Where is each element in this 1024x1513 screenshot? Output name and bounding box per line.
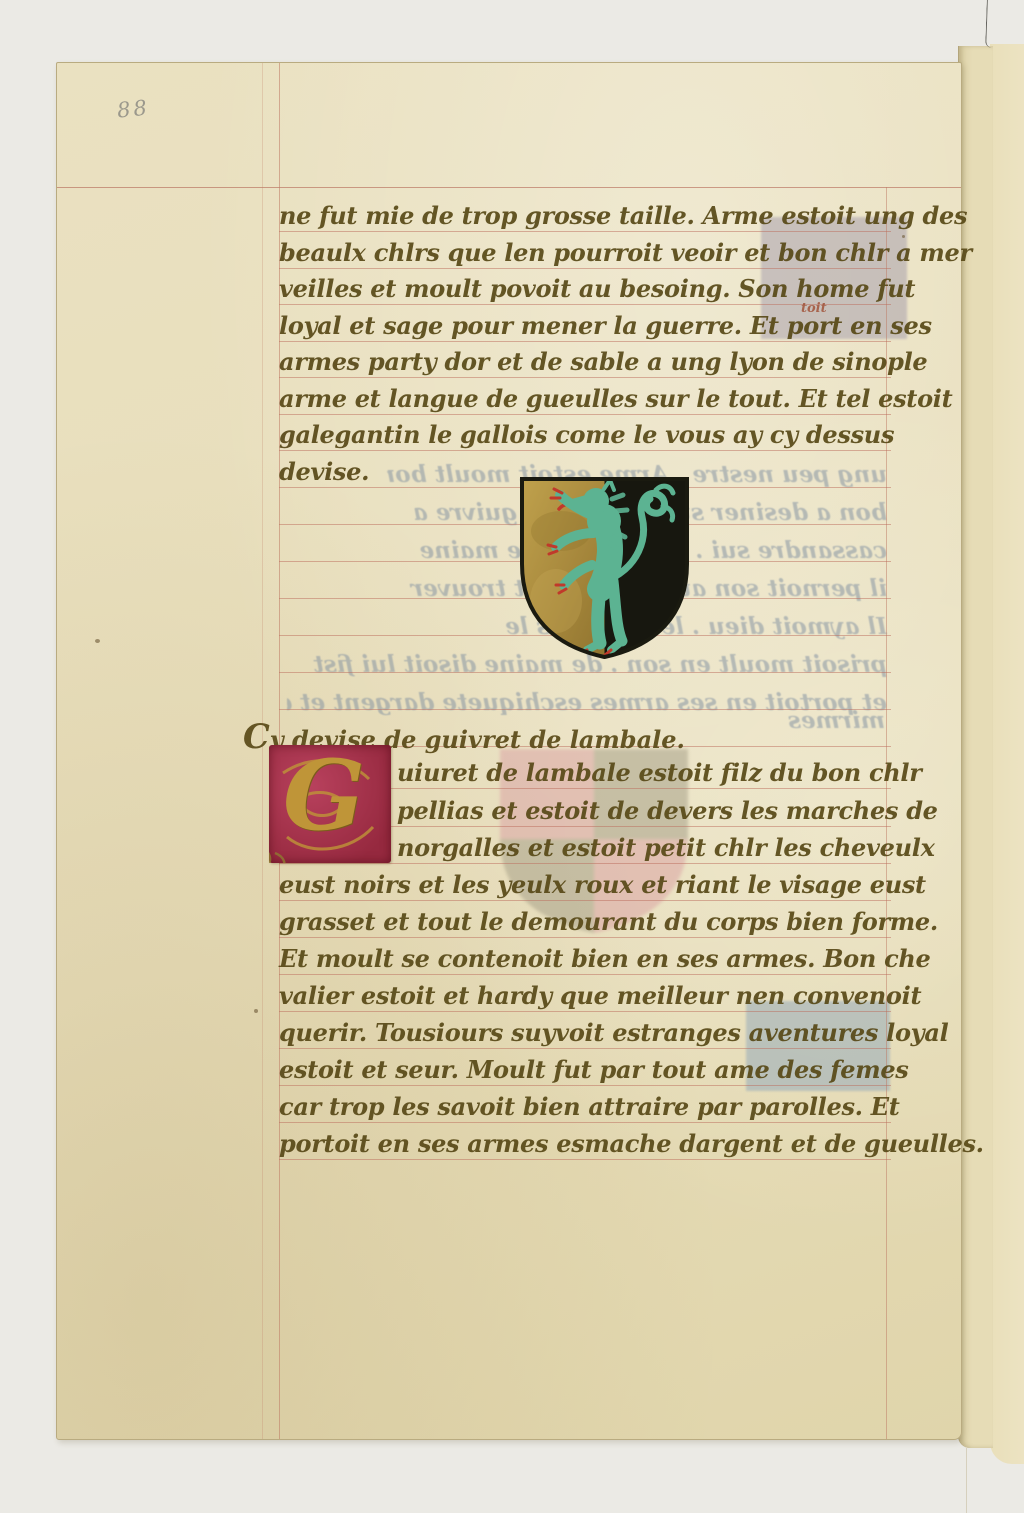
initial-letter-G: G (283, 739, 365, 852)
ruling-horizontal-line (57, 187, 961, 188)
text-line: galegantin le gallois come le vous ay cy… (279, 420, 893, 449)
text-line: veilles et moult povoit au besoing. Son … (279, 274, 893, 303)
text-line: arme et langue de gueulles sur le tout. … (279, 384, 893, 413)
text-line: uiuret de lambale estoit filz du bon chl… (397, 758, 891, 787)
text-line: ne fut mie de trop grosse taille. Arme e… (279, 201, 893, 230)
stain-speck (95, 639, 100, 643)
text-line: valier estoit et hardy que meilleur nen … (279, 981, 893, 1010)
stain-speck (254, 1009, 258, 1013)
fore-edge-leaf-outer (990, 44, 1024, 1464)
text-line: beaulx chlrs que len pourroit veoir et b… (279, 238, 893, 267)
text-line: eust noirs et les yeulx roux et riant le… (279, 870, 893, 899)
text-line: Et moult se contenoit bien en ses armes.… (279, 944, 893, 973)
text-line: car trop les savoit bien attraire par pa… (279, 1092, 893, 1121)
text-line: querir. Tousiours suyvoit estranges aven… (279, 1018, 893, 1047)
decorated-initial: G (269, 745, 391, 863)
text-line: norgalles et estoit petit chlr les cheve… (397, 833, 891, 862)
text-line: armes party dor et de sable a ung lyon d… (279, 347, 893, 376)
page-edge-hairline (985, 0, 994, 48)
manuscript-page: ung peu nestre . Arme estoit moult bon b… (56, 62, 962, 1440)
text-line: pellias et estoit de devers les marches … (397, 796, 891, 825)
text-line: portoit en ses armes esmache dargent et … (279, 1129, 893, 1158)
interlinear-correction: toit (801, 301, 827, 316)
coat-of-arms-shield (516, 469, 693, 665)
text-line: grasset et tout le demourant du corps bi… (279, 907, 893, 936)
folio-number: 88 (116, 95, 151, 122)
page-edge-seam (966, 1448, 967, 1513)
text-line: estoit et seur. Moult fut par tout ame d… (279, 1055, 893, 1084)
photograph-background: ung peu nestre . Arme estoit moult bon b… (0, 0, 1024, 1513)
